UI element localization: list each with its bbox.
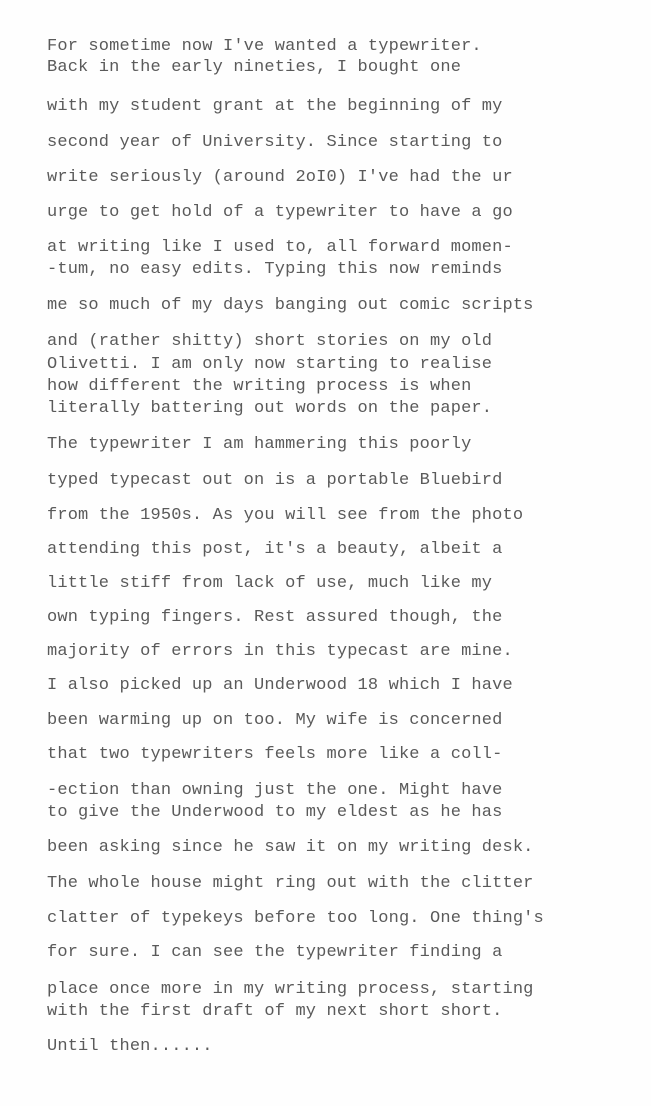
text-line: Back in the early nineties, I bought one [47, 58, 461, 78]
text-line: me so much of my days banging out comic … [47, 296, 534, 316]
text-line: Until then...... [47, 1037, 213, 1057]
typed-page: For sometime now I've wanted a typewrite… [0, 0, 651, 1106]
text-line: little stiff from lack of use, much like… [47, 574, 492, 594]
text-line: -ection than owning just the one. Might … [47, 781, 502, 801]
text-line: own typing fingers. Rest assured though,… [47, 608, 502, 628]
text-line: literally battering out words on the pap… [47, 399, 492, 419]
text-line: that two typewriters feels more like a c… [47, 745, 502, 765]
text-line: for sure. I can see the typewriter findi… [47, 943, 502, 963]
text-line: attending this post, it's a beauty, albe… [47, 540, 502, 560]
text-line: how different the writing process is whe… [47, 377, 471, 397]
text-line: with the first draft of my next short sh… [47, 1002, 502, 1022]
text-line: The typewriter I am hammering this poorl… [47, 435, 471, 455]
text-line: I also picked up an Underwood 18 which I… [47, 676, 513, 696]
text-line: at writing like I used to, all forward m… [47, 238, 513, 258]
text-line: typed typecast out on is a portable Blue… [47, 471, 502, 491]
text-line: been asking since he saw it on my writin… [47, 838, 534, 858]
text-line: place once more in my writing process, s… [47, 980, 534, 1000]
text-line: The whole house might ring out with the … [47, 874, 534, 894]
text-line: clatter of typekeys before too long. One… [47, 909, 544, 929]
text-line: been warming up on too. My wife is conce… [47, 711, 502, 731]
text-line: urge to get hold of a typewriter to have… [47, 203, 513, 223]
text-line: to give the Underwood to my eldest as he… [47, 803, 502, 823]
text-line: and (rather shitty) short stories on my … [47, 332, 492, 352]
text-line: write seriously (around 2oI0) I've had t… [47, 168, 513, 188]
text-line: For sometime now I've wanted a typewrite… [47, 37, 482, 57]
text-line: -tum, no easy edits. Typing this now rem… [47, 260, 502, 280]
text-line: from the 1950s. As you will see from the… [47, 506, 523, 526]
text-line: majority of errors in this typecast are … [47, 642, 513, 662]
text-line: second year of University. Since startin… [47, 133, 502, 153]
text-line: with my student grant at the beginning o… [47, 97, 502, 117]
text-line: Olivetti. I am only now starting to real… [47, 355, 492, 375]
